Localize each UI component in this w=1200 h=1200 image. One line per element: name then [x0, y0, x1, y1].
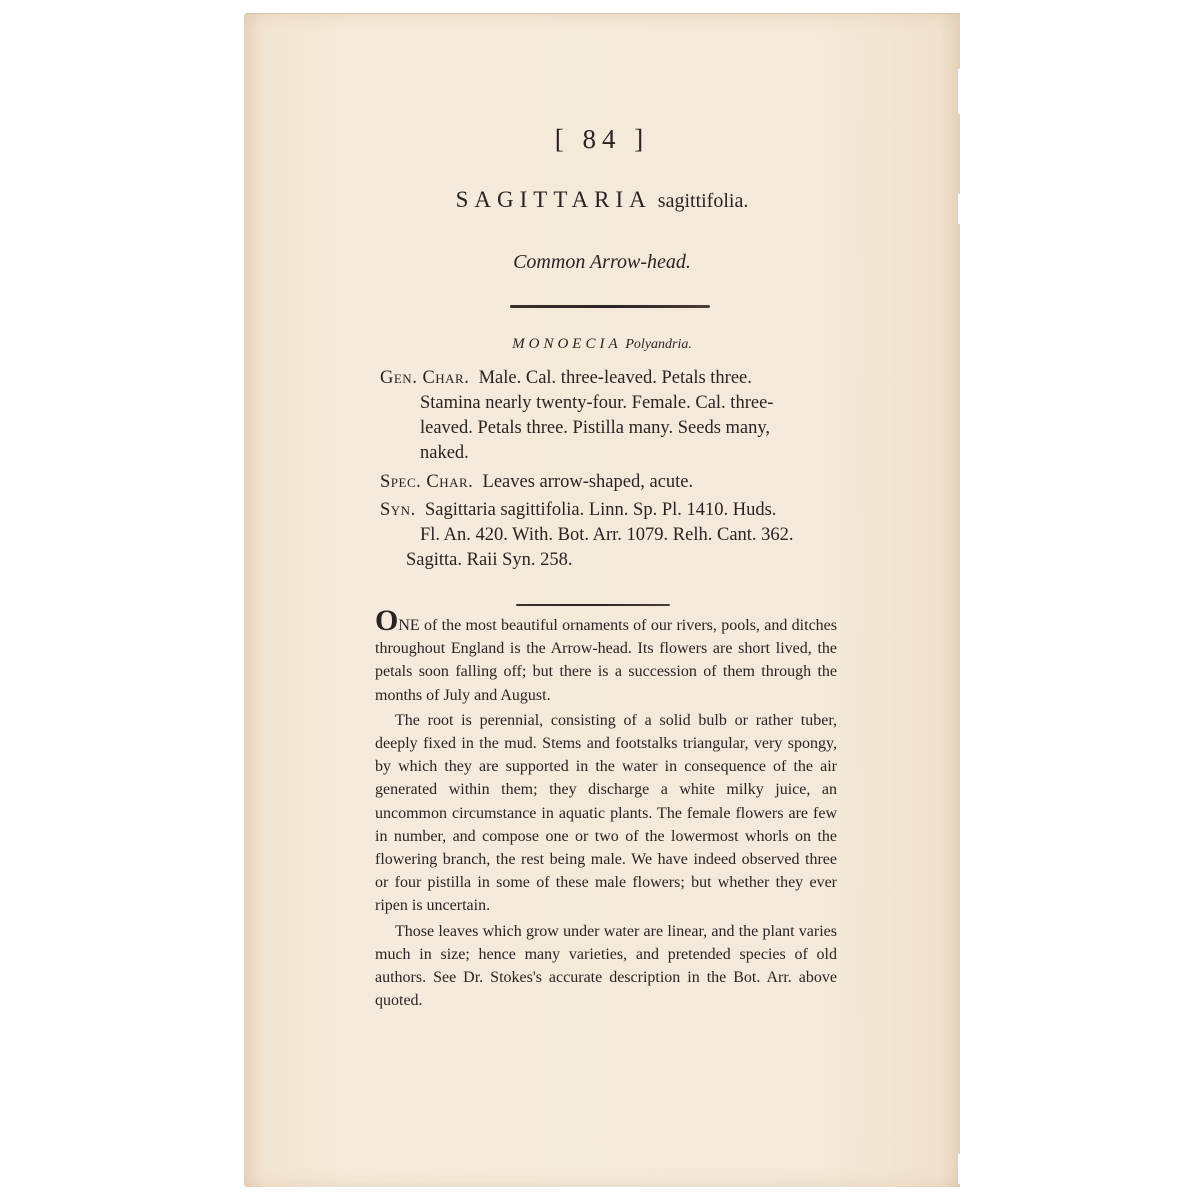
- genus-name: SAGITTARIA: [456, 187, 652, 212]
- specific-character: Spec. Char. Leaves arrow-shaped, acute.: [380, 470, 840, 495]
- syn-line: Fl. An. 420. With. Bot. Arr. 1079. Relh.…: [380, 523, 840, 548]
- species-name: sagittifolia.: [658, 190, 749, 212]
- common-name: Common Arrow-head.: [244, 251, 960, 274]
- generic-character: Gen. Char. Male. Cal. three-leaved. Peta…: [380, 366, 840, 466]
- torn-edge: [958, 1154, 963, 1184]
- syn-label: Syn.: [380, 500, 416, 520]
- paragraph: Those leaves which grow under water are …: [375, 920, 837, 1013]
- gen-char-label: Gen. Char.: [380, 368, 469, 388]
- paragraph: ONE of the most beautiful ornaments of o…: [375, 611, 837, 707]
- synonyms: Syn. Sagittaria sagittifolia. Linn. Sp. …: [380, 498, 840, 573]
- divider-rule: [516, 604, 670, 606]
- drop-cap: O: [375, 604, 398, 637]
- gen-char-line: Stamina nearly twenty-four. Female. Cal.…: [380, 391, 840, 416]
- divider-rule: [510, 305, 710, 308]
- torn-edge: [958, 69, 963, 114]
- page-number: [ 84 ]: [244, 124, 960, 155]
- gen-char-line: leaved. Petals three. Pistilla many. See…: [380, 416, 840, 441]
- linnaean-classification: MONOECIA Polyandria.: [244, 336, 960, 353]
- description-body: ONE of the most beautiful ornaments of o…: [375, 611, 837, 1012]
- book-page: [ 84 ] SAGITTARIAsagittifolia. Common Ar…: [244, 13, 960, 1187]
- syn-line: Sagittaria sagittifolia. Linn. Sp. Pl. 1…: [425, 500, 776, 520]
- spec-char-label: Spec. Char.: [380, 472, 473, 492]
- syn-line: Sagitta. Raii Syn. 258.: [380, 548, 840, 573]
- plant-title: SAGITTARIAsagittifolia.: [244, 187, 960, 213]
- gen-char-line: naked.: [380, 441, 840, 466]
- paragraph: The root is perennial, consisting of a s…: [375, 709, 837, 918]
- gen-char-line: Male. Cal. three-leaved. Petals three.: [479, 368, 752, 388]
- order-name: Polyandria.: [625, 337, 692, 352]
- torn-edge: [958, 194, 963, 224]
- spec-char-text: Leaves arrow-shaped, acute.: [483, 472, 694, 492]
- class-name: MONOECIA: [512, 336, 622, 352]
